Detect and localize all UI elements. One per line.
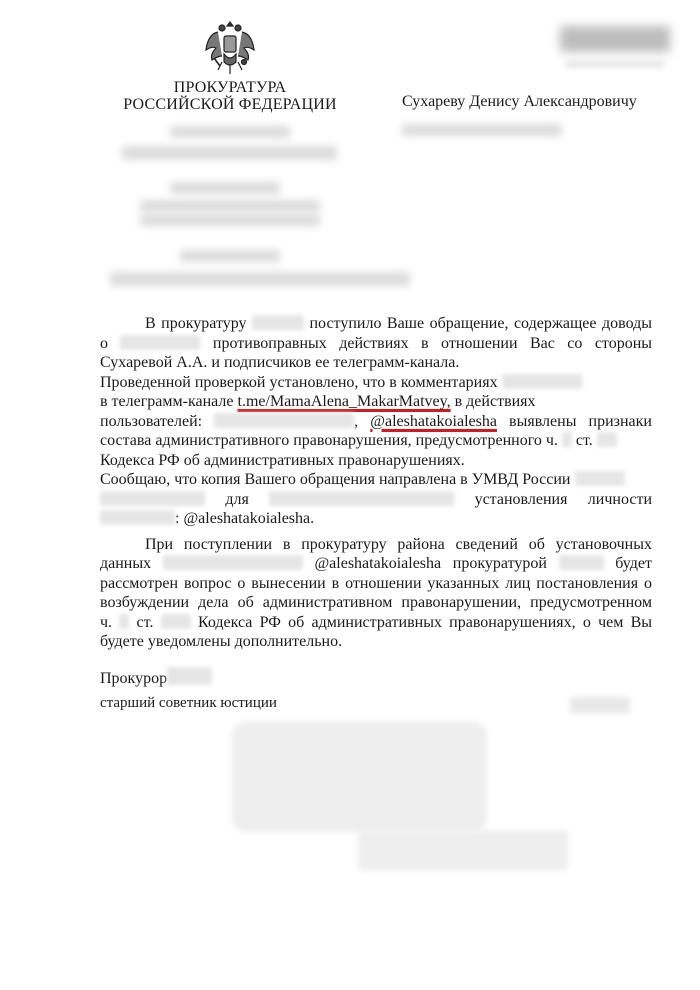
paragraph-4-line-5: ч. ст. Кодекса РФ об административных пр… xyxy=(100,613,652,633)
redacted-text xyxy=(100,491,205,506)
paragraph-4-line-1: При поступлении в прокуратуру района све… xyxy=(100,535,652,555)
redacted-org-line xyxy=(122,146,337,160)
paragraph-4-line-6: будете уведомлены дополнительно. xyxy=(100,632,652,652)
redacted-org-line xyxy=(170,126,290,138)
paragraph-1-line-2: о противоправных действиях в отношении В… xyxy=(100,334,652,354)
signature-title: Прокурор xyxy=(100,667,212,688)
paragraph-4-line-2: данных @aleshatakoialesha прокуратурой б… xyxy=(100,554,652,574)
org-line-1: ПРОКУРАТУРА xyxy=(110,79,350,96)
redacted-executor-info xyxy=(358,830,568,870)
redacted-text xyxy=(562,432,572,447)
paragraph-2-line-1: Проведенной проверкой установлено, что в… xyxy=(100,373,652,393)
redacted-reference-number xyxy=(560,26,670,52)
redacted-org-line xyxy=(140,200,320,212)
redacted-text xyxy=(269,491,454,506)
paragraph-4-line-4: возбуждении дела об административном пра… xyxy=(100,593,652,613)
paragraph-1-line-1: В прокуратуру поступило Ваше обращение, … xyxy=(100,314,652,334)
redacted-text xyxy=(167,667,212,685)
redacted-text xyxy=(161,614,191,629)
redacted-date-line xyxy=(110,272,410,286)
redacted-text xyxy=(119,614,129,629)
username-highlight: @aleshatakoialesha xyxy=(370,413,497,430)
redacted-text xyxy=(163,555,303,570)
letter-body: В прокуратуру поступило Ваше обращение, … xyxy=(100,314,652,652)
redacted-text xyxy=(597,432,617,447)
redacted-reference-subline xyxy=(565,60,665,68)
recipient-name: Сухареву Денису Александровичу xyxy=(402,93,637,111)
paragraph-3-line-3: : @aleshatakoialesha. xyxy=(100,509,652,529)
redacted-digital-signature-stamp xyxy=(232,722,487,832)
telegram-channel-link[interactable]: t.me/MamaAlena_MakarMatvey, xyxy=(238,393,451,410)
redacted-signer-name xyxy=(570,697,630,713)
redacted-org-line xyxy=(140,214,320,226)
redacted-date xyxy=(180,250,280,262)
redacted-text xyxy=(559,555,604,570)
paragraph-2-line-5: Кодекса РФ об административных правонару… xyxy=(100,451,652,471)
paragraph-3-line-2: для установления личности xyxy=(100,490,652,510)
redacted-text xyxy=(502,374,582,389)
russian-coat-of-arms-icon xyxy=(204,18,256,78)
organization-name: ПРОКУРАТУРА РОССИЙСКОЙ ФЕДЕРАЦИИ xyxy=(110,79,350,113)
redacted-text xyxy=(214,413,354,428)
redacted-text xyxy=(100,510,175,525)
redacted-recipient-address xyxy=(402,124,562,136)
paragraph-3-line-1: Сообщаю, что копия Вашего обращения напр… xyxy=(100,470,652,490)
paragraph-2-line-3: пользователей: , @aleshatakoialesha выяв… xyxy=(100,412,652,432)
paragraph-2-line-2: в телеграмм-канале t.me/MamaAlena_MakarM… xyxy=(100,392,652,412)
redacted-text xyxy=(575,471,625,486)
signature-rank: старший советник юстиции xyxy=(100,695,277,712)
redacted-text xyxy=(252,315,304,330)
paragraph-2-line-4: состава административного правонарушения… xyxy=(100,431,652,451)
redacted-org-line xyxy=(170,182,280,194)
paragraph-1-line-3: Сухаревой А.А. и подписчиков ее телеграм… xyxy=(100,353,652,373)
org-line-2: РОССИЙСКОЙ ФЕДЕРАЦИИ xyxy=(110,96,350,113)
redacted-text xyxy=(120,335,200,350)
paragraph-4-line-3: рассмотрен вопрос о вынесении в отношени… xyxy=(100,574,652,594)
